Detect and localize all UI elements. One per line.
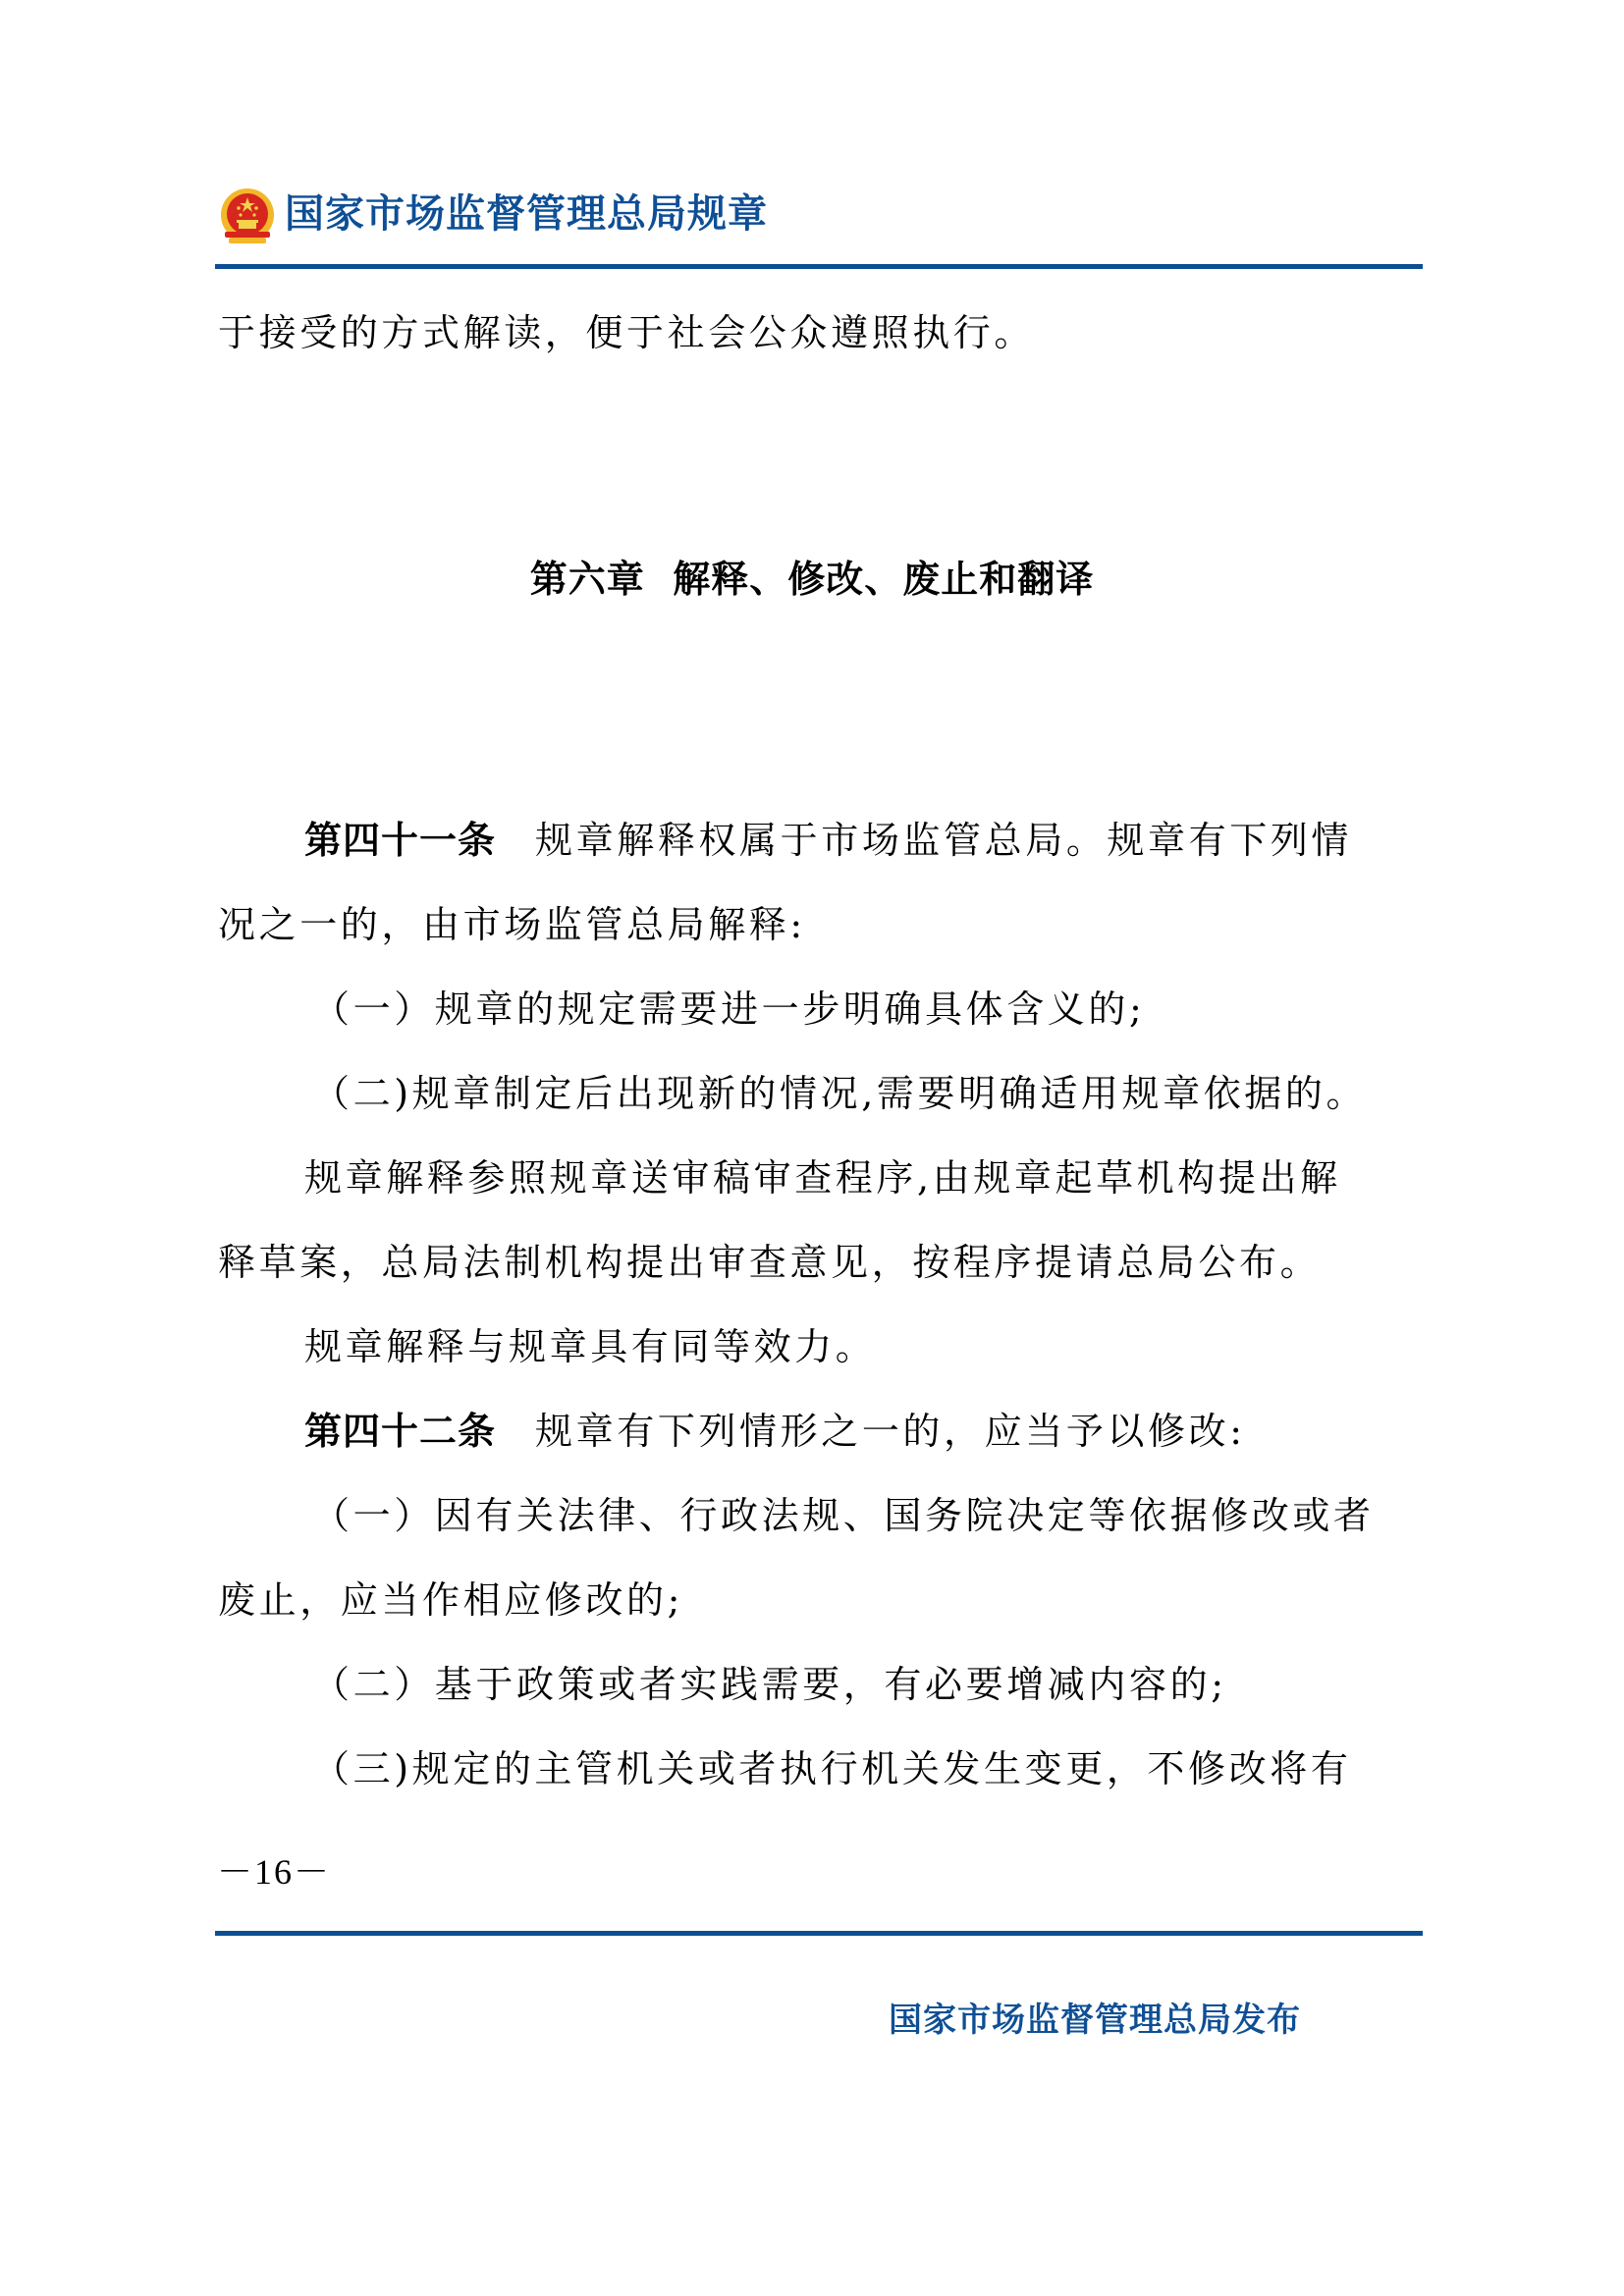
continuation-paragraph: 于接受的方式解读，便于社会公众遵照执行。	[218, 291, 1426, 375]
page-number: －16－	[217, 1850, 331, 1894]
list-item: （一）因有关法律、行政法规、国务院决定等依据修改或者	[218, 1473, 1426, 1558]
article-41-label: 第四十一条	[304, 819, 496, 862]
list-item: （一）规章的规定需要进一步明确具体含义的;	[218, 967, 1426, 1051]
text-line: 废止，应当作相应修改的;	[218, 1558, 1426, 1642]
article-41: 第四十一条规章解释权属于市场监管总局。规章有下列情 况之一的，由市场监管总局解释…	[218, 798, 1426, 1389]
page-header: 国家市场监督管理总局规章	[215, 177, 1423, 270]
text-line: 规章解释与规章具有同等效力。	[218, 1305, 1426, 1389]
text-line: 规章解释参照规章送审稿审查程序,由规章起草机构提出解	[218, 1136, 1426, 1220]
article-41-first-line: 第四十一条规章解释权属于市场监管总局。规章有下列情	[218, 798, 1426, 882]
list-item: （二）基于政策或者实践需要，有必要增减内容的;	[218, 1642, 1426, 1727]
text-line: 释草案，总局法制机构提出审查意见，按程序提请总局公布。	[218, 1220, 1426, 1305]
list-item: （二)规章制定后出现新的情况,需要明确适用规章依据的。	[218, 1051, 1426, 1136]
text-fragment: 规章有下列情形之一的，应当予以修改:	[535, 1410, 1246, 1453]
list-item: （三)规定的主管机关或者执行机关发生变更，不修改将有	[218, 1727, 1426, 1811]
article-42-label: 第四十二条	[304, 1410, 496, 1453]
text-line: 况之一的，由市场监管总局解释:	[218, 882, 1426, 967]
footer-publisher: 国家市场监督管理总局发布	[889, 1999, 1301, 2042]
article-42: 第四十二条规章有下列情形之一的，应当予以修改: （一）因有关法律、行政法规、国务…	[218, 1389, 1426, 1811]
national-emblem-icon	[219, 187, 276, 247]
footer-divider	[215, 1931, 1423, 1936]
text-line: 于接受的方式解读，便于社会公众遵照执行。	[218, 291, 1426, 375]
header-title: 国家市场监督管理总局规章	[285, 190, 768, 238]
chapter-title: 第六章 解释、修改、废止和翻译	[0, 550, 1624, 609]
text-fragment: 规章解释权属于市场监管总局。规章有下列情	[535, 819, 1352, 862]
article-42-first-line: 第四十二条规章有下列情形之一的，应当予以修改:	[218, 1389, 1426, 1473]
header-divider	[215, 264, 1423, 269]
